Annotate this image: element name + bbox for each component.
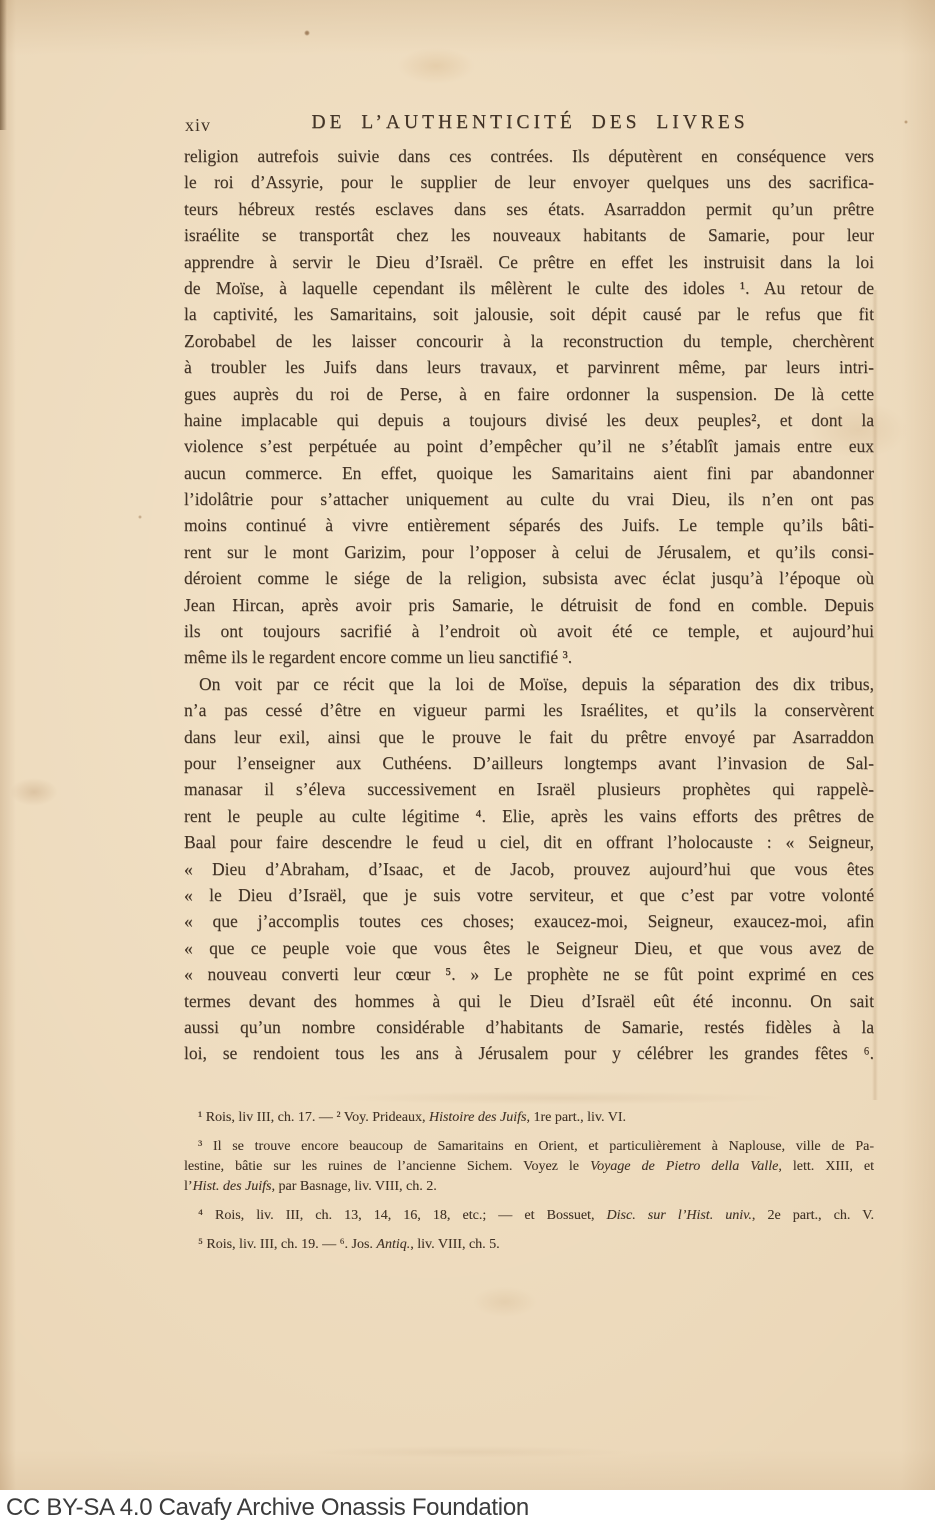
body-line: ils ont toujours sacrifié à l’endroit où… — [184, 618, 874, 644]
page-header: xiv DE L’AUTHENTICITÉ DES LIVRES — [184, 112, 876, 138]
body-line: haine implacable qui depuis a toujours d… — [184, 407, 874, 433]
license-bar: CC BY-SA 4.0 Cavafy Archive Onassis Foun… — [0, 1490, 935, 1529]
footnote: ¹ Rois, liv III, ch. 17. — ² Voy. Pridea… — [184, 1108, 874, 1128]
footnote-line: ¹ Rois, liv III, ch. 17. — ² Voy. Pridea… — [184, 1108, 874, 1128]
body-line: « que ce peuple voie que vous êtes le Se… — [184, 935, 874, 961]
body-line: « Dieu d’Abraham, d’Isaac, et de Jacob, … — [184, 856, 874, 882]
body-line: moins continué à vivre entièrement sépar… — [184, 512, 874, 538]
body-line: rent sur le mont Garizim, pour l’opposer… — [184, 539, 874, 565]
footnote-line: lestine, bâtie sur les ruines de l’ancie… — [184, 1157, 874, 1177]
body-line: déroient comme le siége de la religion, … — [184, 565, 874, 591]
body-line: apprendre à servir le Dieu d’Israël. Ce … — [184, 249, 874, 275]
body-line: violence s’est perpétuée au point d’empê… — [184, 433, 874, 459]
body-line: religion autrefois suivie dans ces contr… — [184, 143, 874, 169]
body-line: israélite se transportât chez les nouvea… — [184, 222, 874, 248]
footnote-line: l’Hist. des Juifs, par Basnage, liv. VII… — [184, 1177, 874, 1197]
footnotes: ¹ Rois, liv III, ch. 17. — ² Voy. Pridea… — [184, 1108, 874, 1264]
footnote: ³ Il se trouve encore beaucoup de Samari… — [184, 1137, 874, 1197]
body-line: le roi d’Assyrie, pour le supplier de le… — [184, 169, 874, 195]
license-text: CC BY-SA 4.0 Cavafy Archive Onassis Foun… — [0, 1490, 935, 1526]
text-block: religion autrefois suivie dans ces contr… — [184, 143, 874, 1067]
body-line: « nouveau converti leur cœur ⁵. » Le pro… — [184, 961, 874, 987]
body-line: Jean Hircan, après avoir pris Samarie, l… — [184, 592, 874, 618]
body-line: loi, se rendoient tous les ans à Jérusal… — [184, 1040, 874, 1066]
body-line: la captivité, les Samaritains, soit jalo… — [184, 301, 874, 327]
body-line: à troubler les Juifs dans leurs travaux,… — [184, 354, 874, 380]
footnote: ⁵ Rois, liv. III, ch. 19. — ⁶. Jos. Anti… — [184, 1235, 874, 1255]
body-line: « le Dieu d’Israël, que je suis votre se… — [184, 882, 874, 908]
body-line: Baal pour faire descendre le feud u ciel… — [184, 829, 874, 855]
footnote-line: ⁴ Rois, liv. III, ch. 13, 14, 16, 18, et… — [184, 1206, 874, 1226]
body-line: aucun commerce. En effet, quoique les Sa… — [184, 460, 874, 486]
body-line: dans leur exil, ainsi que le prouve le f… — [184, 724, 874, 750]
body-line: aussi qu’un nombre considérable d’habita… — [184, 1014, 874, 1040]
body-line: « que j’accomplis toutes ces choses; exa… — [184, 908, 874, 934]
body-line: On voit par ce récit que la loi de Moïse… — [184, 671, 874, 697]
body-line: Zorobabel de les laisser concourir à la … — [184, 328, 874, 354]
footnote-line: ⁵ Rois, liv. III, ch. 19. — ⁶. Jos. Anti… — [184, 1235, 874, 1255]
body-line: termes devant des hommes à qui le Dieu d… — [184, 988, 874, 1014]
running-title: DE L’AUTHENTICITÉ DES LIVRES — [184, 112, 876, 134]
body-line: même ils le regardent encore comme un li… — [184, 644, 874, 670]
body-line: rent le peuple au culte légitime ⁴. Elie… — [184, 803, 874, 829]
body-line: teurs hébreux restés esclaves dans ses é… — [184, 196, 874, 222]
scanned-book-page: xiv DE L’AUTHENTICITÉ DES LIVRES religio… — [0, 0, 935, 1529]
body-line: manasar il s’éleva successivement en Isr… — [184, 776, 874, 802]
body-line: pour l’enseigner aux Cuthéens. D’ailleur… — [184, 750, 874, 776]
body-line: gues auprès du roi de Perse, à en faire … — [184, 381, 874, 407]
body-line: n’a pas cessé d’être en vigueur parmi le… — [184, 697, 874, 723]
footnote: ⁴ Rois, liv. III, ch. 13, 14, 16, 18, et… — [184, 1206, 874, 1226]
body-line: de Moïse, à laquelle cependant ils mêlèr… — [184, 275, 874, 301]
body-line: l’idolâtrie pour s’attacher uniquement a… — [184, 486, 874, 512]
footnote-line: ³ Il se trouve encore beaucoup de Samari… — [184, 1137, 874, 1157]
